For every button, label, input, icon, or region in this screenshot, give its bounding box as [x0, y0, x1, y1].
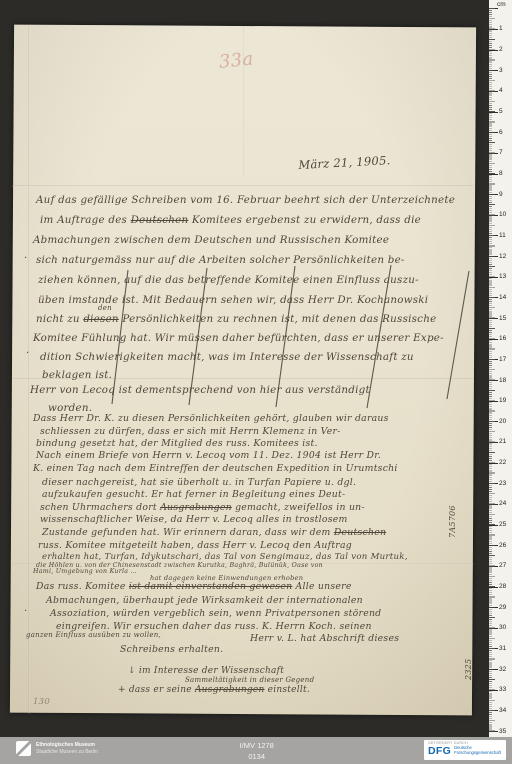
ruler-tick: [489, 194, 498, 195]
ruler-number: 31: [499, 645, 506, 652]
fold-crease-vertical: [28, 26, 30, 714]
ruler-tick: [489, 380, 498, 381]
ruler-number: 22: [499, 459, 506, 466]
ruler-tick: [489, 401, 498, 402]
ruler-tick: [489, 215, 498, 216]
ruler: cm 1234567891011121314151617181920212223…: [489, 0, 512, 737]
ruler-number: 4: [499, 87, 503, 94]
ruler-tick: [489, 112, 498, 113]
ruler-tick: [489, 710, 498, 711]
fold-crease-horizontal: [12, 378, 474, 380]
ruler-number: 19: [499, 397, 506, 404]
ruler-tick: [489, 648, 498, 649]
ruler-tick: [489, 483, 498, 484]
ruler-tick: [489, 91, 498, 92]
ruler-number: 24: [499, 500, 506, 507]
ruler-number: 23: [499, 480, 506, 487]
ruler-tick: [489, 318, 498, 319]
ruler-number: 13: [499, 273, 506, 280]
ruler-tick: [489, 256, 498, 257]
ruler-tick: [489, 442, 498, 443]
ruler-number: 21: [499, 438, 506, 445]
ruler-number: 6: [499, 129, 503, 136]
ruler-number: 9: [499, 191, 503, 198]
ruler-tick: [489, 566, 498, 567]
ruler-tick: [489, 153, 498, 154]
ruler-tick: [489, 669, 498, 670]
ruler-number: 10: [499, 211, 506, 218]
dfg-wordmark: DFG: [428, 746, 451, 757]
ruler-number: 29: [499, 604, 506, 611]
ruler-number: 2: [499, 46, 503, 53]
ruler-number: 7: [499, 149, 503, 156]
ruler-tick: [489, 587, 498, 588]
fold-crease-horizontal: [12, 563, 474, 565]
ruler-number: 11: [499, 232, 506, 239]
ruler-tick: [489, 235, 498, 236]
museum-branding: Ethnologisches Museum Staatliche Museen …: [16, 741, 98, 756]
museum-logo-icon: [16, 741, 31, 756]
ruler-tick: [489, 463, 498, 464]
ruler-tick: [489, 339, 498, 340]
ruler-number: 5: [499, 108, 503, 115]
ruler-number: 1: [499, 25, 503, 32]
ruler-number: 32: [499, 666, 506, 673]
ruler-tick: [489, 421, 498, 422]
ruler-tick: [489, 8, 498, 9]
ruler-tick: [489, 70, 498, 71]
fold-crease-vertical: [243, 26, 245, 176]
ruler-unit-label: cm: [497, 1, 506, 8]
archive-signature: I/MV 1278: [240, 740, 274, 751]
museum-name: Ethnologisches Museum Staatliche Museen …: [36, 742, 98, 755]
ruler-tick: [489, 525, 498, 526]
museum-name-line2: Staatliche Museen zu Berlin: [36, 749, 98, 756]
ruler-tick: [489, 359, 498, 360]
scan-viewer-stage: 33aMärz 21, 1905.Auf das gefällige Schre…: [0, 0, 512, 764]
scan-page-number: 0134: [240, 751, 274, 762]
ruler-tick: [489, 174, 498, 175]
ruler-number: 33: [499, 686, 506, 693]
dfg-full-name: Deutsche Forschungsgemeinschaft: [454, 746, 501, 756]
ruler-tick: [489, 545, 498, 546]
ruler-tick: [489, 628, 498, 629]
ruler-tick: [489, 297, 498, 298]
ruler-number: 28: [499, 583, 506, 590]
ruler-tick: [489, 132, 498, 133]
ruler-tick: [489, 277, 498, 278]
ruler-number: 14: [499, 294, 506, 301]
archive-reference: I/MV 1278 0134: [240, 740, 274, 762]
ruler-number: 30: [499, 624, 506, 631]
ruler-number: 12: [499, 253, 506, 260]
ruler-number: 18: [499, 377, 506, 384]
museum-name-line1: Ethnologisches Museum: [36, 742, 98, 749]
ruler-number: 26: [499, 542, 506, 549]
ruler-tick: [489, 504, 498, 505]
footer-bar: Ethnologisches Museum Staatliche Museen …: [0, 737, 512, 764]
ruler-number: 20: [499, 418, 506, 425]
ruler-number: 8: [499, 170, 503, 177]
ruler-number: 35: [499, 728, 506, 735]
dfg-logo: GEFÖRDERT DURCH DFG Deutsche Forschungsg…: [424, 740, 506, 760]
ruler-tick: [489, 50, 498, 51]
ruler-number: 15: [499, 315, 506, 322]
ruler-number: 25: [499, 521, 506, 528]
ruler-tick: [489, 29, 498, 30]
ruler-number: 34: [499, 707, 506, 714]
ruler-tick: [489, 690, 498, 691]
ruler-tick: [489, 607, 498, 608]
ruler-number: 3: [499, 67, 503, 74]
ruler-number: 17: [499, 356, 506, 363]
ruler-tick: [489, 731, 498, 732]
fold-crease-horizontal: [12, 185, 474, 187]
ruler-number: 16: [499, 335, 506, 342]
ruler-number: 27: [499, 562, 506, 569]
